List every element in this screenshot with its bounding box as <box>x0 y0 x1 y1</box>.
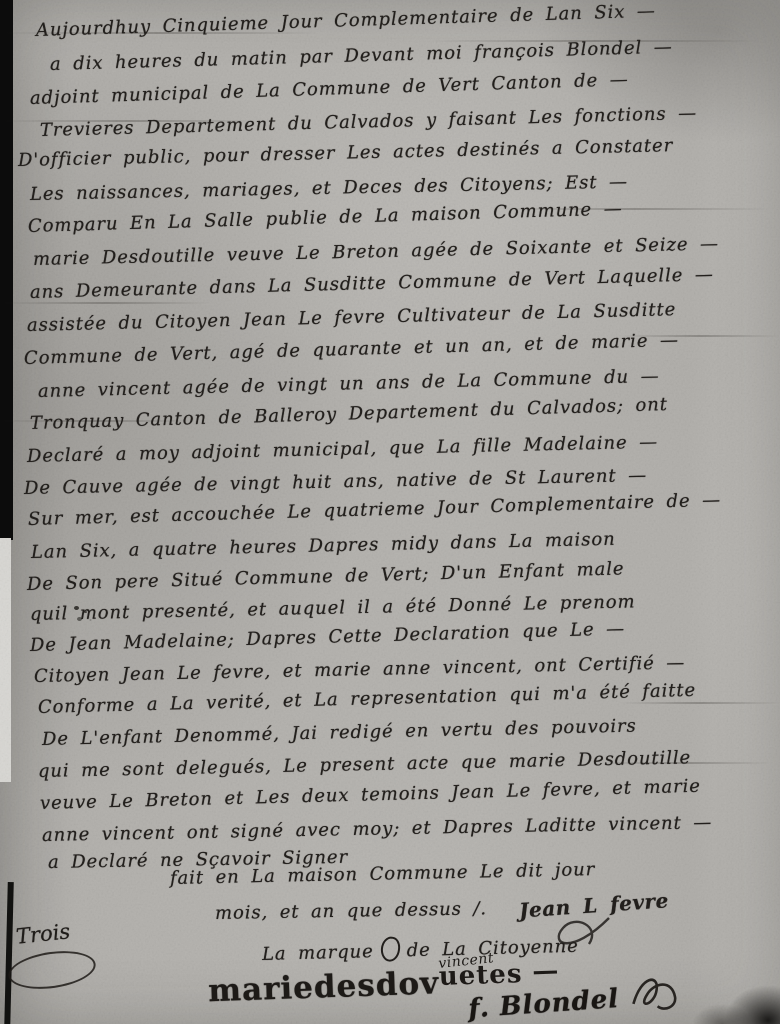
manuscript-line: a dix heures du matin par Devant moi fra… <box>50 37 673 75</box>
manuscript-line: Conforme a La verité, et La representati… <box>38 680 697 718</box>
manuscript-line: De Jean Madelaine; Dapres Cette Declarat… <box>30 618 626 656</box>
manuscript-line: Declaré a moy adjoint municipal, que La … <box>27 432 659 467</box>
signature-marie-text: mariedesdov <box>208 965 440 1009</box>
manuscript-line: marie Desdoutille veuve Le Breton agée d… <box>33 233 719 270</box>
manuscript-line: anne vincent ont signé avec moy; et Dapr… <box>42 812 713 846</box>
manuscript-line: Aujourdhuy Cinquieme Jour Complementaire… <box>36 1 656 41</box>
stain-streak <box>620 702 780 704</box>
scanned-document-page: Aujourdhuy Cinquieme Jour Complementaire… <box>0 0 780 1024</box>
margin-note: Trois <box>15 919 71 949</box>
manuscript-line: Lan Six, a quatre heures Dapres midy dan… <box>31 529 616 563</box>
manuscript-line: Commune de Vert, agé de quarante et un a… <box>24 330 679 369</box>
closing-text: mois, et an que dessus /. <box>215 898 487 924</box>
manuscript-line: veuve Le Breton et Les deux temoins Jean… <box>40 776 701 814</box>
margin-note-flourish <box>6 946 98 994</box>
scan-border-left <box>0 0 13 540</box>
signature-blondel-text: f. Blondel <box>467 984 620 1024</box>
manuscript-line: ans Demeurante dans La Susditte Commune … <box>30 264 714 303</box>
manuscript-line: qui me sont delegués, Le present acte qu… <box>38 747 692 782</box>
manuscript-line: De L'enfant Denommé, Jai redigé en vertu… <box>42 716 637 750</box>
manuscript-line: adjoint municipal de La Commune de Vert … <box>30 69 629 109</box>
paper-edge-sliver <box>0 538 11 782</box>
manuscript-line: Comparu En La Salle publie de La maison … <box>28 198 623 237</box>
manuscript-line: Trevieres Departement du Calvados y fais… <box>40 103 698 141</box>
manuscript-line: Tronquay Canton de Balleroy Departement … <box>30 394 668 434</box>
manuscript-line: assistée du Citoyen Jean Le fevre Cultiv… <box>27 299 677 336</box>
scan-border-left-bottom <box>4 882 14 1024</box>
manuscript-line: De Son pere Situé Commune de Vert; D'un … <box>27 558 625 595</box>
corner-smudge <box>660 929 780 1024</box>
manuscript-line: D'officier public, pour dresser Les acte… <box>18 135 674 171</box>
